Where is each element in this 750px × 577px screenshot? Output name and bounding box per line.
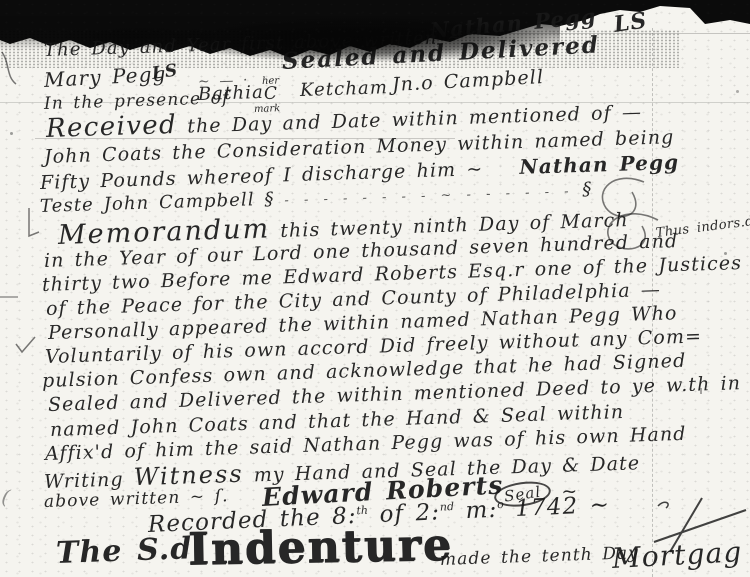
signature-nathan-pegg-2: Nathan Pegg xyxy=(519,150,679,179)
ink-smudge xyxy=(55,22,225,50)
signature-mary-pegg: Mary Pegg xyxy=(43,62,167,92)
stray-dot xyxy=(736,90,739,93)
next-deed-prefix: The S.d xyxy=(55,531,193,571)
stray-mark: ( xyxy=(0,484,13,509)
stray-mark xyxy=(14,334,38,356)
witness-ketcham: Ketcham xyxy=(300,77,389,101)
recorded-text: 1742 ~ xyxy=(503,492,610,523)
margin-mortgage-label: Mortgag xyxy=(611,535,743,575)
indenture-word: Indenture xyxy=(188,519,454,575)
witness-bathia: Bathia xyxy=(198,82,265,105)
receipt-lead-word: Received xyxy=(46,110,178,144)
witness-mark-glyph: C xyxy=(264,84,279,104)
seal-mark: LS xyxy=(612,7,649,37)
section-mark: § xyxy=(582,179,593,200)
recorded-text: m: xyxy=(454,497,498,525)
ink-smudge xyxy=(170,16,550,62)
stray-dash xyxy=(0,296,18,298)
stray-dot xyxy=(10,132,13,135)
manuscript-scan: The Day and Year first above written ~ N… xyxy=(0,0,750,577)
seal-mark: LS xyxy=(151,60,180,83)
next-deed-rest: made the tenth Day xyxy=(440,543,640,570)
witness-campbell: Jn.o Campbell xyxy=(391,66,544,96)
recorded-sup: nd xyxy=(440,500,455,514)
margin-thus-indorsed: Thus indors.d xyxy=(655,214,750,241)
